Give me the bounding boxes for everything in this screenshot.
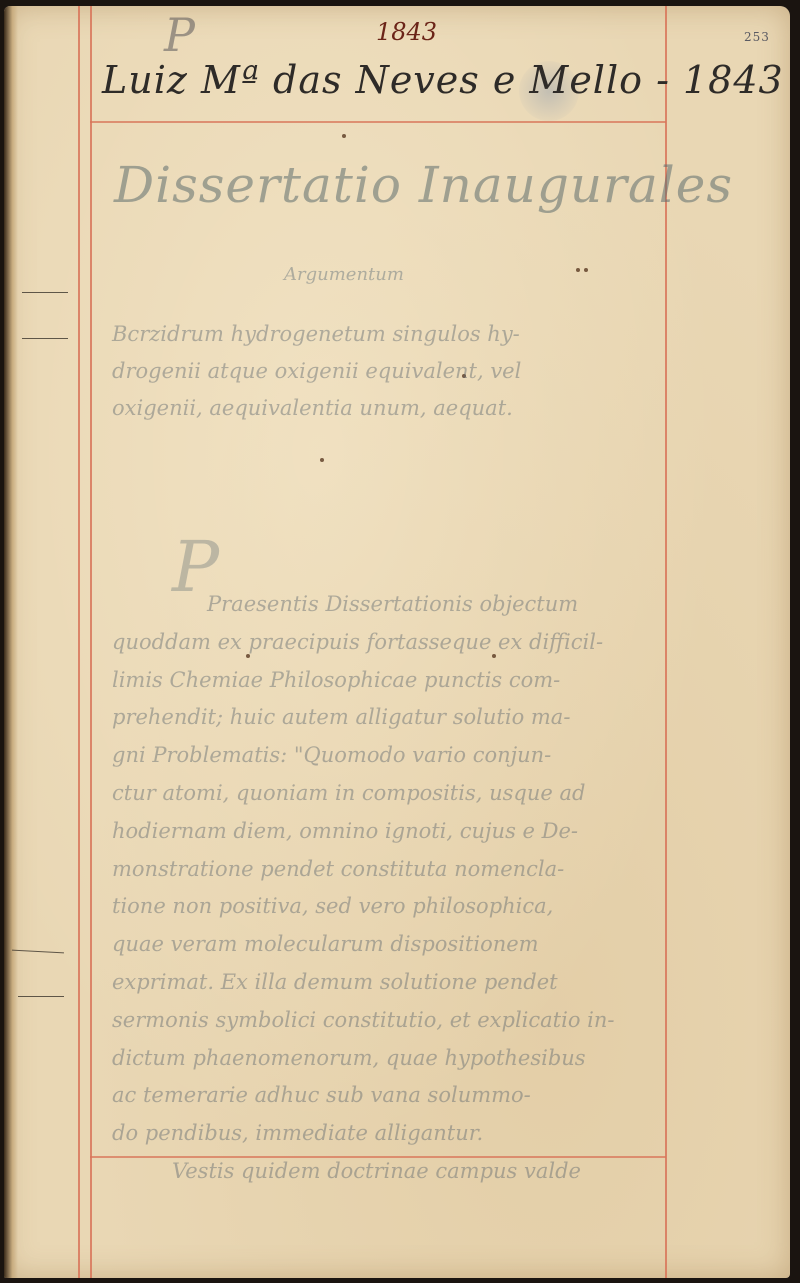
folio-number: 253 <box>744 30 770 44</box>
dissertation-subtitle: Argumentum <box>284 264 404 285</box>
left-margin-rule <box>78 6 80 1278</box>
foxing-spot <box>576 268 580 272</box>
author-line: Luiz Mª das Neves e Mello - 1843 <box>102 58 784 102</box>
manuscript-page: P 1843 253 Luiz Mª das Neves e Mello - 1… <box>4 6 790 1278</box>
abstract-block: Bcrzidrum hydrogenetum singulos hy- drog… <box>112 316 667 427</box>
inner-left-margin-rule <box>90 6 92 1278</box>
body-line: dictum phaenomenorum, quae hypothesibus <box>112 1040 667 1078</box>
margin-mark <box>18 996 64 997</box>
body-line: Vestis quidem doctrinae campus valde <box>112 1153 667 1191</box>
initial-flourish: P <box>164 8 195 62</box>
body-line: monstratione pendet constituta nomencla- <box>112 851 667 889</box>
abstract-line: Bcrzidrum hydrogenetum singulos hy- <box>112 316 667 353</box>
body-line: hodiernam diem, omnino ignoti, cujus e D… <box>112 813 667 851</box>
body-line: do pendibus, immediate alligantur. <box>112 1115 667 1153</box>
dissertation-title: Dissertatio Inaugurales <box>114 156 733 214</box>
body-line: quoddam ex praecipuis fortasseque ex dif… <box>112 624 667 662</box>
margin-mark <box>12 950 64 954</box>
body-line: gni Problematis: "Quomodo vario conjun- <box>112 737 667 775</box>
foxing-spot <box>320 458 324 462</box>
page-binding-edge <box>4 6 18 1278</box>
margin-mark <box>22 338 68 339</box>
year-annotation: 1843 <box>376 18 437 46</box>
foxing-spot <box>584 268 588 272</box>
foxing-spot <box>342 134 346 138</box>
body-line: limis Chemiae Philosophicae punctis com- <box>112 662 667 700</box>
body-line: quae veram molecularum dispositionem <box>112 926 667 964</box>
body-line: prehendit; huic autem alligatur solutio … <box>112 699 667 737</box>
body-line: Praesentis Dissertationis objectum <box>112 586 667 624</box>
body-text-block: Praesentis Dissertationis objectum quodd… <box>112 586 667 1191</box>
abstract-line: drogenii atque oxigenii equivalent, vel <box>112 353 667 390</box>
header-rule <box>90 121 666 123</box>
body-line: exprimat. Ex illa demum solutione pendet <box>112 964 667 1002</box>
body-line: tione non positiva, sed vero philosophic… <box>112 888 667 926</box>
abstract-line: oxigenii, aequivalentia unum, aequat. <box>112 390 667 427</box>
body-line: ctur atomi, quoniam in compositis, usque… <box>112 775 667 813</box>
margin-mark <box>22 292 68 293</box>
body-line: sermonis symbolici constitutio, et expli… <box>112 1002 667 1040</box>
body-line: ac temerarie adhuc sub vana solummo- <box>112 1077 667 1115</box>
